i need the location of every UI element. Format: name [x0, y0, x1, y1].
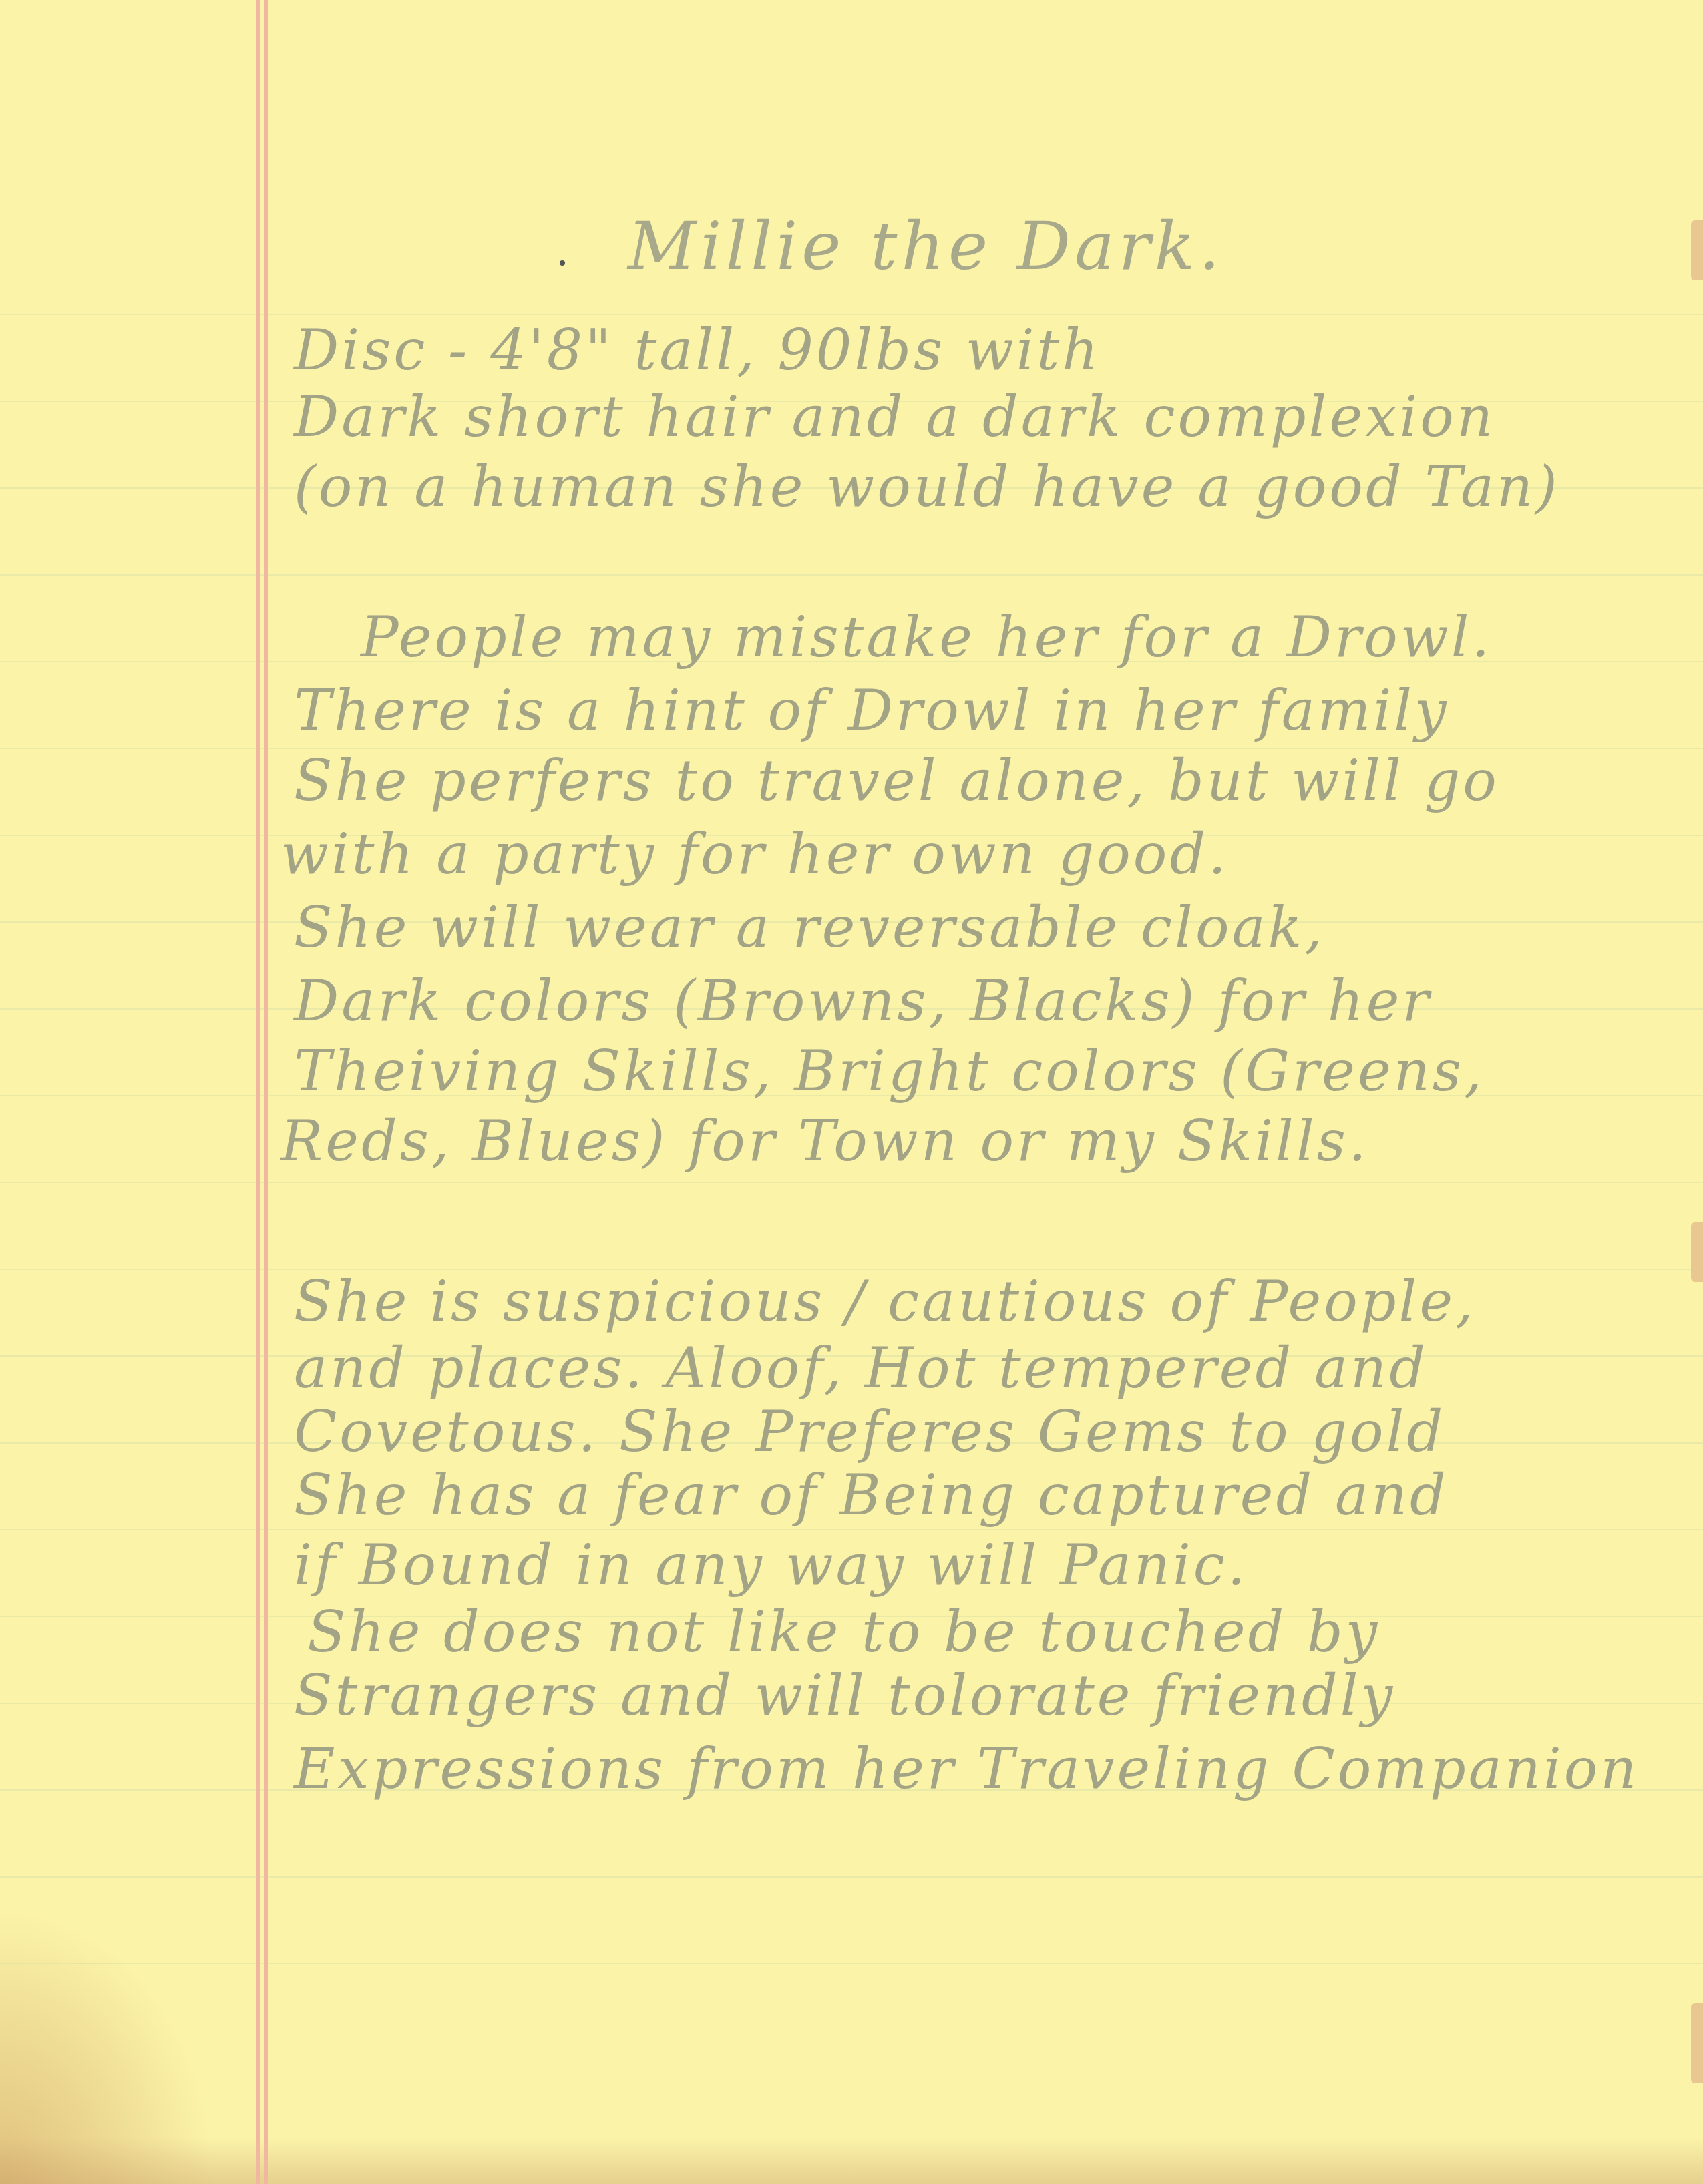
text-line: Dark colors (Browns, Blacks) for her — [294, 968, 1432, 1034]
text-line: if Bound in any way will Panic. — [294, 1532, 1248, 1598]
text-line: Dark short hair and a dark complexion — [294, 384, 1495, 449]
text-line: Strangers and will tolorate friendly — [294, 1663, 1395, 1728]
text-line: People may mistake her for a Drowl. — [361, 604, 1492, 670]
legal-pad-page: Millie the Dark. Disc - 4'8" tall, 90lbs… — [0, 0, 1703, 2184]
text-line: She will wear a reversable cloak, — [294, 895, 1325, 960]
margin-line-right — [264, 0, 268, 2184]
text-line: She is suspicious / cautious of People, — [294, 1269, 1476, 1334]
text-line: Covetous. She Preferes Gems to gold — [294, 1399, 1445, 1464]
text-line: Reds, Blues) for Town or my Skills. — [280, 1108, 1369, 1174]
text-line: Theiving Skills, Bright colors (Greens, — [294, 1038, 1485, 1104]
text-line: (on a human she would have a good Tan) — [294, 454, 1560, 519]
text-line: She perfers to travel alone, but will go — [294, 748, 1499, 813]
text-line: and places. Aloof, Hot tempered and — [294, 1335, 1428, 1401]
text-line: She has a fear of Being captured and — [294, 1462, 1449, 1528]
margin-line-left — [256, 0, 260, 2184]
text-line: Expressions from her Traveling Companion — [294, 1736, 1639, 1801]
edge-wear — [1691, 2003, 1703, 2083]
page-title: Millie the Dark. — [628, 207, 1224, 285]
text-line: She does not like to be touched by — [307, 1599, 1380, 1665]
edge-wear — [1691, 220, 1703, 280]
text-line: There is a hint of Drowl in her family — [294, 678, 1449, 743]
edge-wear — [1691, 1222, 1703, 1282]
pencil-mark — [560, 260, 565, 266]
text-line: with a party for her own good. — [280, 821, 1229, 887]
text-line: Disc - 4'8" tall, 90lbs with — [294, 317, 1101, 383]
